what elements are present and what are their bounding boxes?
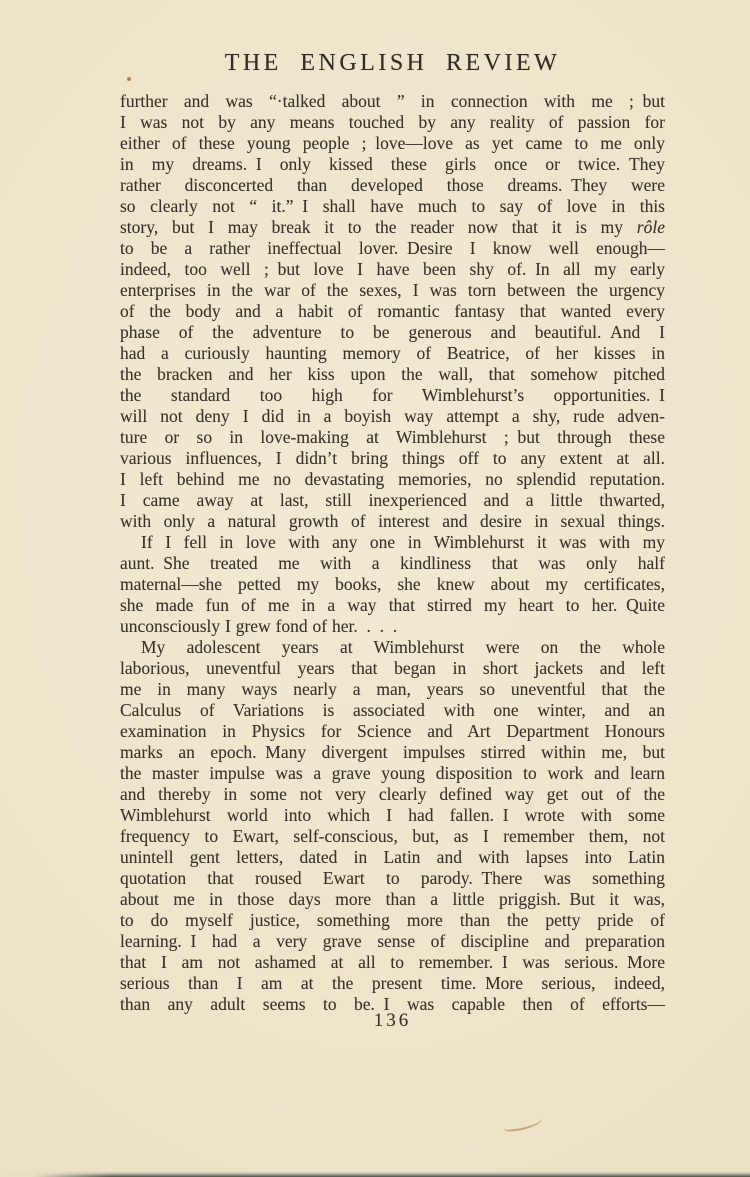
text-line: serious than I am at the present time. M… bbox=[120, 973, 665, 994]
page-body: further and was “·talked about ” in conn… bbox=[120, 91, 665, 1015]
text-line: unintell gent letters, dated in Latin an… bbox=[120, 847, 665, 868]
text-line: ture or so in love-making at Wimblehurst… bbox=[120, 427, 665, 448]
text-line: to do myself justice, something more tha… bbox=[120, 910, 665, 931]
text-line: rather disconcerted than developed those… bbox=[120, 175, 665, 196]
text-line: had a curiously haunting memory of Beatr… bbox=[120, 343, 665, 364]
text-line: the bracken and her kiss upon the wall, … bbox=[120, 364, 665, 385]
text-line: me in many ways nearly a man, years so u… bbox=[120, 679, 665, 700]
text-line: enterprises in the war of the sexes, I w… bbox=[120, 280, 665, 301]
text-line: to be a rather ineffectual lover. Desire… bbox=[120, 238, 665, 259]
paragraph: further and was “·talked about ” in conn… bbox=[120, 91, 665, 532]
scan-edge-shadow bbox=[0, 1171, 750, 1177]
page-number: 136 bbox=[120, 1010, 665, 1032]
scratch-mark bbox=[502, 1113, 544, 1132]
text-line: she made fun of me in a way that stirred… bbox=[120, 595, 665, 616]
text-line: story, but I may break it to the reader … bbox=[120, 217, 665, 238]
text-line: aunt. She treated me with a kindliness t… bbox=[120, 553, 665, 574]
text-line: I was not by any means touched by any re… bbox=[120, 112, 665, 133]
paper-speck-icon bbox=[127, 77, 131, 81]
text-line: so clearly not “ it.” I shall have much … bbox=[120, 196, 665, 217]
text-line: I came away at last, still inexperienced… bbox=[120, 490, 665, 511]
text-line: quotation that roused Ewart to parody. T… bbox=[120, 868, 665, 889]
text-line: marks an epoch. Many divergent impulses … bbox=[120, 742, 665, 763]
text-line: various influences, I didn’t bring thing… bbox=[120, 448, 665, 469]
text-line: the standard too high for Wimblehurst’s … bbox=[120, 385, 665, 406]
text-line: Wimblehurst world into which I had falle… bbox=[120, 805, 665, 826]
text-line: the master impulse was a grave young dis… bbox=[120, 763, 665, 784]
text-line: laborious, uneventful years that began i… bbox=[120, 658, 665, 679]
text-line: frequency to Ewart, self-conscious, but,… bbox=[120, 826, 665, 847]
text-line: maternal—she petted my books, she knew a… bbox=[120, 574, 665, 595]
text-line: either of these young people ; love—love… bbox=[120, 133, 665, 154]
text-line: examination in Physics for Science and A… bbox=[120, 721, 665, 742]
running-head-title: THE ENGLISH REVIEW bbox=[120, 50, 665, 77]
text-line: that I am not ashamed at all to remember… bbox=[120, 952, 665, 973]
text-line: learning. I had a very grave sense of di… bbox=[120, 931, 665, 952]
text-line: indeed, too well ; but love I have been … bbox=[120, 259, 665, 280]
paragraph: My adolescent years at Wimblehurst were … bbox=[120, 637, 665, 1015]
text-line: further and was “·talked about ” in conn… bbox=[120, 91, 665, 112]
text-line: with only a natural growth of interest a… bbox=[120, 511, 665, 532]
text-line: I left behind me no devastating memories… bbox=[120, 469, 665, 490]
text-line: and thereby in some not very clearly def… bbox=[120, 784, 665, 805]
text-line: unconsciously I grew fond of her. . . . bbox=[120, 616, 665, 637]
text-line: of the body and a habit of romantic fant… bbox=[120, 301, 665, 322]
text-line: about me in those days more than a littl… bbox=[120, 889, 665, 910]
scan-edge-fade bbox=[0, 1171, 110, 1177]
text-line: phase of the adventure to be generous an… bbox=[120, 322, 665, 343]
text-line: If I fell in love with any one in Wimble… bbox=[120, 532, 665, 553]
paragraph: If I fell in love with any one in Wimble… bbox=[120, 532, 665, 637]
book-page: THE ENGLISH REVIEW further and was “·tal… bbox=[0, 0, 750, 1177]
text-line: will not deny I did in a boyish way atte… bbox=[120, 406, 665, 427]
text-line: in my dreams. I only kissed these girls … bbox=[120, 154, 665, 175]
text-line: Calculus of Variations is associated wit… bbox=[120, 700, 665, 721]
text-line: My adolescent years at Wimblehurst were … bbox=[120, 637, 665, 658]
